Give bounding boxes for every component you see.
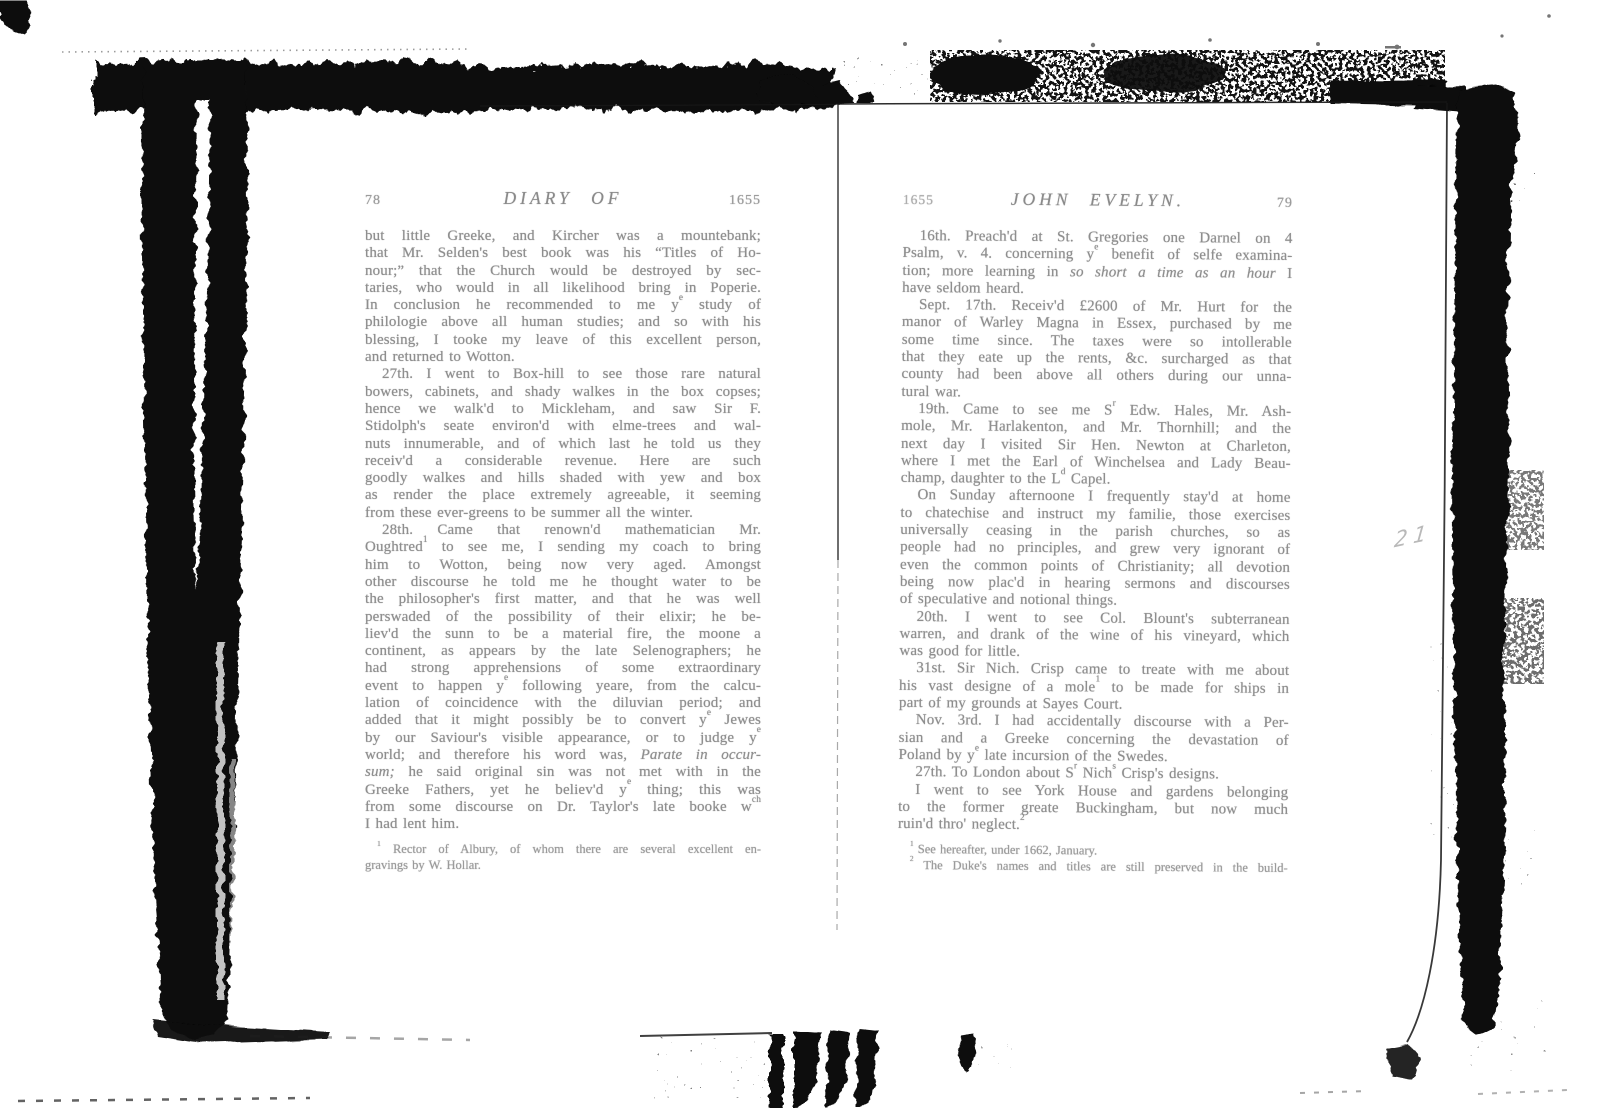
text-line: blessing, I tooke my leave of this excel…	[365, 332, 761, 349]
corner-blot-top-left	[0, 0, 470, 52]
right-page-header: 1655 JOHN EVELYN. 79	[903, 188, 1293, 213]
text-line: but little Greeke, and Kircher was a mou…	[365, 228, 761, 245]
right-page-number: 79	[1223, 195, 1293, 212]
text-line: ruin'd thro' neglect.2	[898, 816, 1288, 836]
left-running-title: DIARY OF	[435, 188, 691, 209]
text-line: continent, as appears by the late Seleno…	[365, 643, 761, 660]
right-running-title: JOHN EVELYN.	[973, 188, 1223, 211]
text-line: liev'd the sunn to be a material fire, t…	[365, 626, 761, 643]
text-line: added that it might possibly be to conve…	[365, 712, 761, 729]
text-line: by our Saviour's visible appearance, or …	[365, 730, 761, 747]
text-line: that Mr. Selden's best book was his “Tit…	[365, 245, 761, 262]
text-line: event to happen ye following yeare, from…	[365, 678, 761, 695]
right-page-year: 1655	[903, 192, 973, 209]
left-page-number: 78	[365, 193, 435, 209]
text-line: 27th. I went to Box-hill to see those ra…	[365, 366, 761, 383]
text-line: 1 Rector of Albury, of whom there are se…	[365, 842, 761, 858]
text-line: 2 The Duke's names and titles are still …	[898, 858, 1288, 877]
ink-band-top	[95, 50, 1466, 113]
text-line: goodly walkes and hills shaded with yew …	[365, 470, 761, 487]
text-line: other discourse he told me he thought wa…	[365, 574, 761, 591]
right-page-footnote: 1 See hereafter, under 1662, January.2 T…	[898, 842, 1288, 876]
text-line: him to Wotton, being now very aged. Amon…	[365, 557, 761, 574]
text-line: In conclusion he recommended to me ye st…	[365, 297, 761, 314]
text-line: as render the place extremely agreeable,…	[365, 487, 761, 504]
text-line: lation of coincidence with the diluvian …	[365, 695, 761, 712]
text-line: hence we walk'd to Mickleham, and saw Si…	[365, 401, 761, 418]
text-line: world; and therefore his word was, Parat…	[365, 747, 761, 764]
text-line: nuts innumerable, and of which last he t…	[365, 436, 761, 453]
text-line: and returned to Wotton.	[365, 349, 761, 366]
text-line: I had lent him.	[365, 816, 761, 833]
text-line: receiv'd a considerable revenue. Here ar…	[365, 453, 761, 470]
text-line: gravings by W. Hollar.	[365, 858, 761, 874]
text-line: perswaded of the possibility of their el…	[365, 609, 761, 626]
text-line: philologie above all human studies; and …	[365, 314, 761, 331]
text-line: taries, who would in all likelihood brin…	[365, 280, 761, 297]
text-line: nour;” that the Church would be destroye…	[365, 263, 761, 280]
text-line: Oughtred1 to see me, I sending my coach …	[365, 539, 761, 556]
text-line: Stidolph's seate environ'd with elme-tre…	[365, 418, 761, 435]
right-page-body: 16th. Preach'd at St. Gregories one Darn…	[898, 228, 1293, 836]
ink-blots-bottom	[18, 1028, 1568, 1108]
text-line: the philosopher's first matter, and that…	[365, 591, 761, 608]
text-line: from these ever-greens to be summer all …	[365, 505, 761, 522]
speckle-marks	[903, 14, 1551, 49]
left-page-year: 1655	[691, 193, 761, 209]
text-line: had strong apprehensions of some extraor…	[365, 660, 761, 677]
book-scan: 78 DIARY OF 1655 but little Greeke, and …	[0, 0, 1600, 1108]
left-page-body: but little Greeke, and Kircher was a mou…	[365, 228, 761, 833]
text-line: from some discourse on Dr. Taylor's late…	[365, 799, 761, 816]
left-page: 78 DIARY OF 1655 but little Greeke, and …	[365, 188, 761, 874]
text-line: Greeke Fathers, yet he believ'd ye thing…	[365, 782, 761, 799]
left-page-footnote: 1 Rector of Albury, of whom there are se…	[365, 842, 761, 873]
scan-artifacts-layer	[0, 0, 1600, 1108]
handwritten-margin-mark: 21	[1393, 519, 1434, 552]
right-page: 1655 JOHN EVELYN. 79 16th. Preach'd at S…	[898, 188, 1293, 877]
text-line: sum; he said original sin was not met wi…	[365, 764, 761, 781]
ink-band-right	[1386, 86, 1550, 1080]
text-line: bowers, cabinets, and shady walkes in th…	[365, 384, 761, 401]
left-page-header: 78 DIARY OF 1655	[365, 188, 761, 210]
